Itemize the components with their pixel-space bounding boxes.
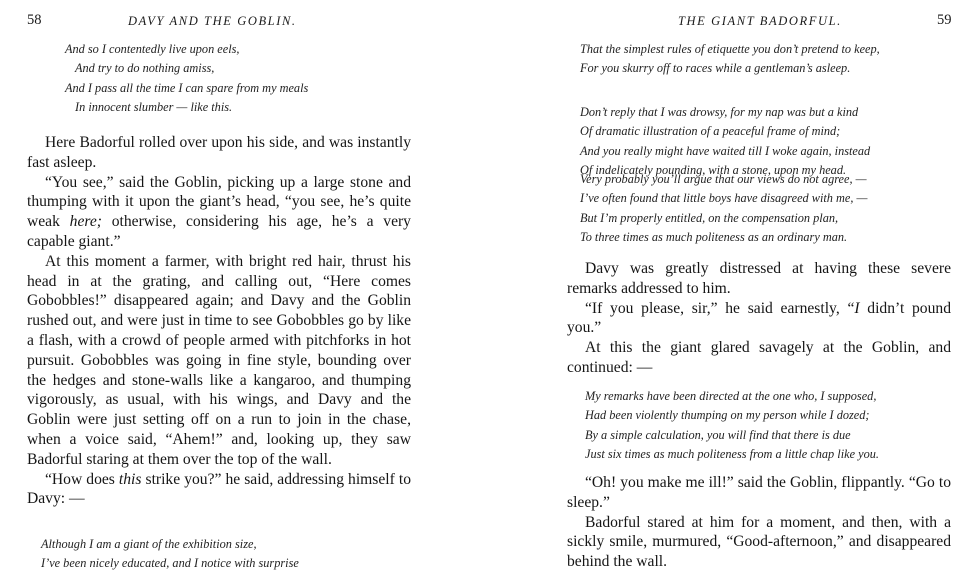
page-number: 59 [937, 12, 952, 29]
verse-stanza-1: That the simplest rules of etiquette you… [580, 40, 880, 79]
verse-bottom: Although I am a giant of the exhibition … [41, 535, 299, 574]
verse-stanza-2: Don’t reply that I was drowsy, for my na… [580, 103, 870, 181]
paragraph: “You see,” said the Goblin, picking up a… [27, 173, 411, 252]
verse-line: And I pass all the time I can spare from… [65, 79, 308, 98]
emphasis: here; [70, 213, 102, 230]
emphasis: this [119, 471, 142, 488]
prose-block: Here Badorful rolled over upon his side,… [27, 133, 411, 509]
verse-line: Just six times as much politeness from a… [585, 445, 879, 464]
right-page: THE GIANT BADORFUL. 59 That the simplest… [540, 0, 974, 582]
running-head: THE GIANT BADORFUL. [678, 14, 842, 29]
verse-line: My remarks have been directed at the one… [585, 387, 879, 406]
verse-top: And so I contentedly live upon eels, And… [65, 40, 308, 118]
paragraph: Badorful stared at him for a moment, and… [567, 513, 951, 572]
text-run: “If you please, sir,” he said earnestly,… [585, 300, 854, 317]
verse-line: Of dramatic illustration of a peaceful f… [580, 122, 870, 141]
verse-line: To three times as much politeness as an … [580, 228, 867, 247]
verse-line: I’ve often found that little boys have d… [580, 189, 867, 208]
verse-stanza-3: Very probably you’ll argue that our view… [580, 170, 867, 248]
left-page: 58 DAVY AND THE GOBLIN. And so I content… [0, 0, 440, 582]
verse-line: And you really might have waited till I … [580, 142, 870, 161]
paragraph: “How does this strike you?” he said, add… [27, 470, 411, 510]
verse-line: In innocent slumber — like this. [65, 98, 308, 117]
paragraph: “Oh! you make me ill!” said the Goblin, … [567, 473, 951, 513]
verse-line: Very probably you’ll argue that our view… [580, 170, 867, 189]
prose-block-1: Davy was greatly distressed at having th… [567, 259, 951, 378]
verse-line: I’ve been nicely educated, and I notice … [41, 554, 299, 573]
prose-block-2: “Oh! you make me ill!” said the Goblin, … [567, 473, 951, 572]
verse-line: Although I am a giant of the exhibition … [41, 535, 299, 554]
running-head: DAVY AND THE GOBLIN. [128, 14, 297, 29]
verse-line: But I’m properly entitled, on the compen… [580, 209, 867, 228]
verse-line: That the simplest rules of etiquette you… [580, 40, 880, 59]
paragraph: At this moment a farmer, with bright red… [27, 252, 411, 470]
verse-line: And try to do nothing amiss, [65, 59, 308, 78]
verse-line: Don’t reply that I was drowsy, for my na… [580, 103, 870, 122]
paragraph: Here Badorful rolled over upon his side,… [27, 133, 411, 173]
verse-line: Had been violently thumping on my person… [585, 406, 879, 425]
paragraph: Davy was greatly distressed at having th… [567, 259, 951, 299]
verse-line: For you skurry off to races while a gent… [580, 59, 880, 78]
page-number: 58 [27, 12, 42, 29]
verse-line: By a simple calculation, you will find t… [585, 426, 879, 445]
text-run: “How does [45, 471, 119, 488]
paragraph: At this the giant glared savagely at the… [567, 338, 951, 378]
verse-line: And so I contentedly live upon eels, [65, 40, 308, 59]
verse-stanza-4: My remarks have been directed at the one… [585, 387, 879, 465]
paragraph: “If you please, sir,” he said earnestly,… [567, 299, 951, 339]
